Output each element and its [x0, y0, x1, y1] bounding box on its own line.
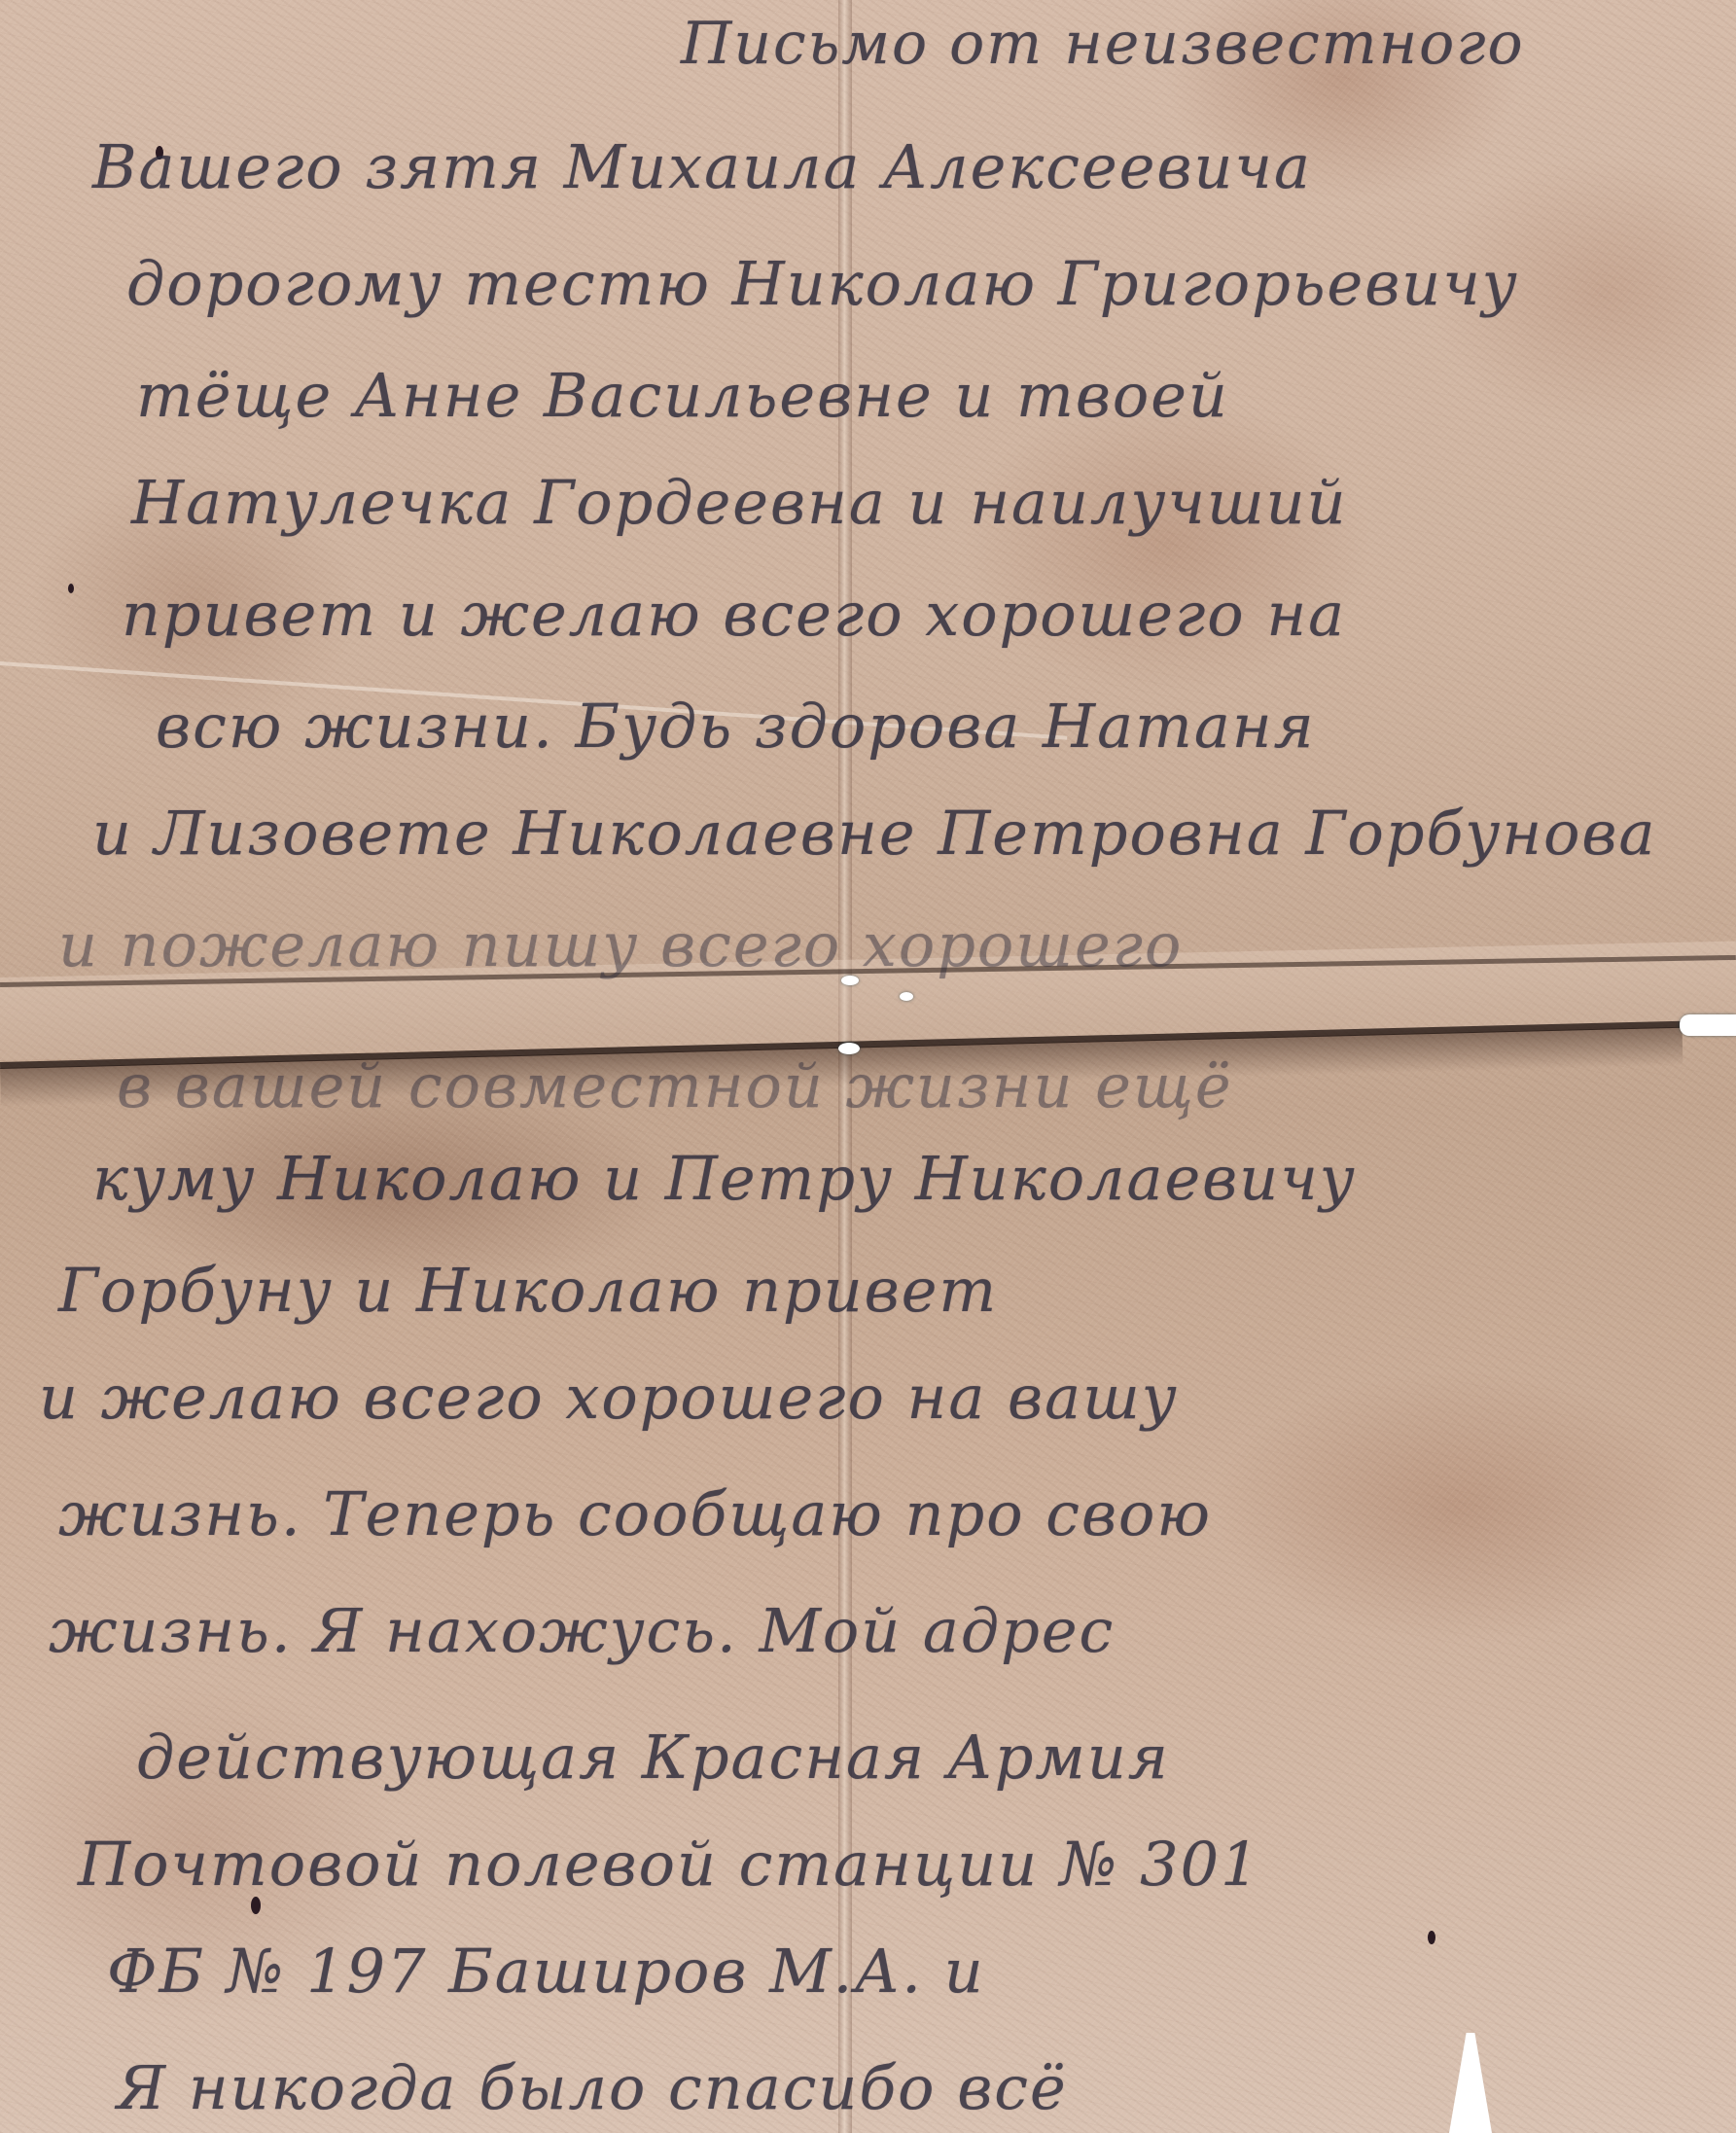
letter-line: ФБ № 197 Баширов М.А. и — [107, 1936, 985, 2007]
letter-line: и пожелаю пишу всего хорошего — [58, 909, 1183, 980]
letter-line: и Лизовете Николаевне Петровна Горбунова — [92, 798, 1656, 869]
letter-heading: Письмо от неизвестного — [681, 10, 1525, 78]
letter-line: куму Николаю и Петру Николаевичу — [92, 1143, 1357, 1214]
letter-line: Горбуну и Николаю привет — [58, 1255, 998, 1326]
letter-line: в вашей совместной жизни ещё — [117, 1050, 1233, 1121]
letter-line: Натулечка Гордеевна и наилучший — [131, 467, 1348, 538]
letter-page: Письмо от неизвестного Вашего зятя Михаи… — [0, 0, 1736, 2133]
letter-line: дорогому тестю Николаю Григорьевичу — [126, 248, 1519, 319]
letter-line: привет и желаю всего хорошего на — [122, 579, 1346, 650]
letter-line: и желаю всего хорошего на вашу — [39, 1362, 1179, 1433]
letter-line: жизнь. Теперь сообщаю про свою — [58, 1478, 1212, 1549]
letter-line: Почтовой полевой станции № 301 — [78, 1829, 1260, 1900]
letter-line: тёще Анне Васильевне и твоей — [136, 360, 1229, 431]
letter-line: Вашего зятя Михаила Алексеевича — [92, 131, 1312, 202]
handwritten-text: Письмо от неизвестного Вашего зятя Михаи… — [0, 0, 1736, 2133]
letter-line: Я никогда было спасибо всё — [117, 2052, 1068, 2123]
letter-line: жизнь. Я нахожусь. Мой адрес — [49, 1595, 1115, 1666]
letter-line: действующая Красная Армия — [136, 1722, 1170, 1793]
letter-line: всю жизни. Будь здорова Натаня — [156, 691, 1316, 762]
